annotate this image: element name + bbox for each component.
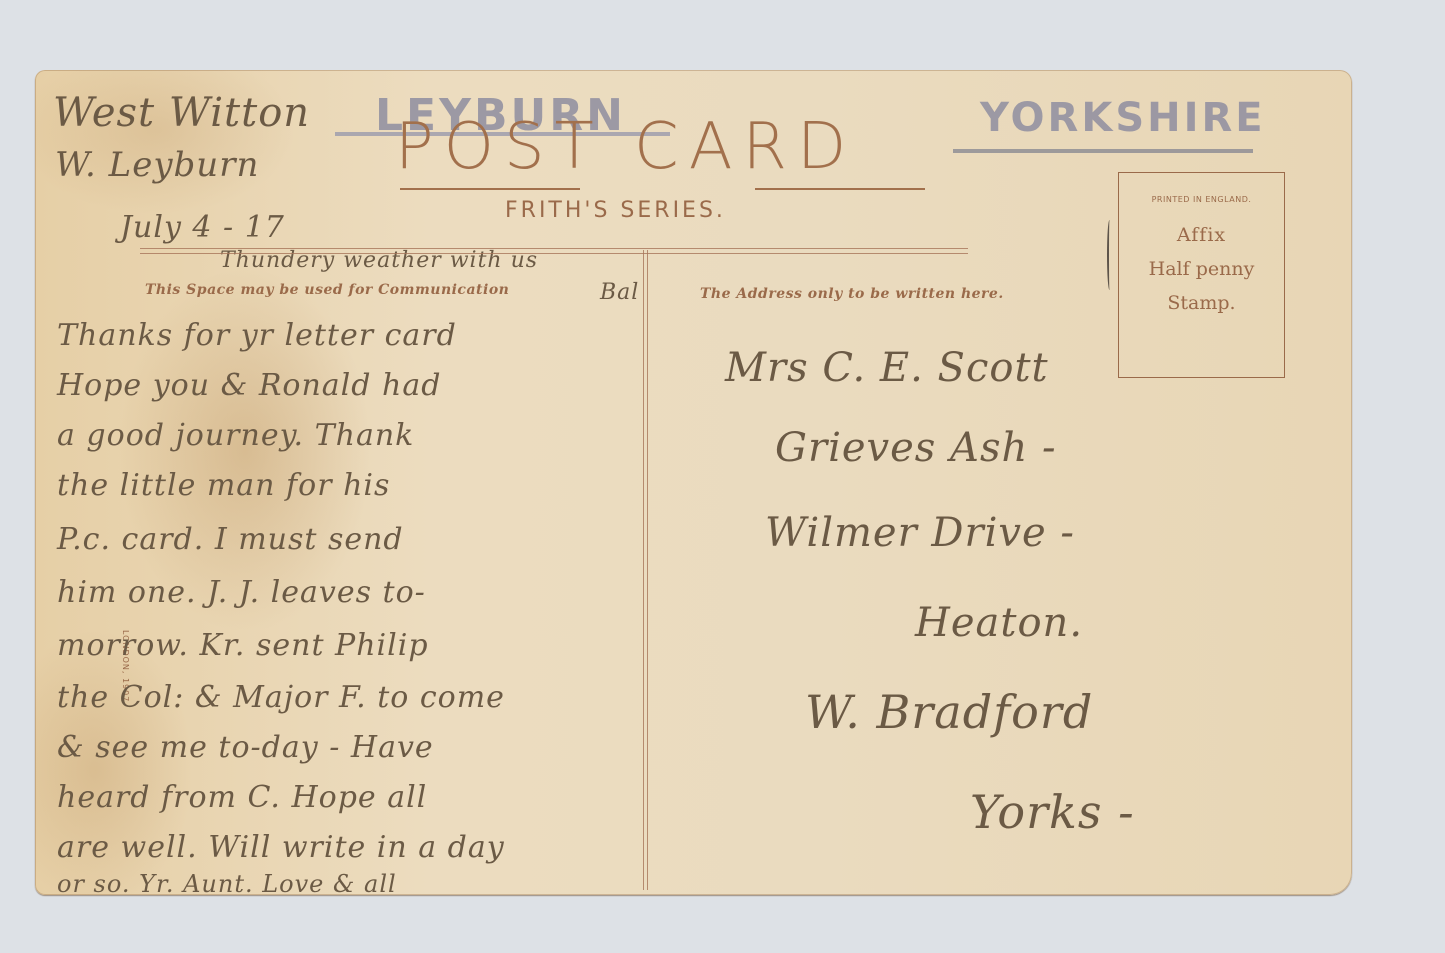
address-line-city: W. Bradford: [805, 685, 1093, 739]
address-line-street: Wilmer Drive -: [765, 510, 1075, 556]
stamp-line-halfpenny: Half penny: [1119, 252, 1284, 286]
message-line: the Col: & Major F. to come: [57, 680, 505, 715]
title-flourish-right: [755, 188, 925, 190]
message-line: Thanks for yr letter card: [57, 318, 457, 353]
postcard: West Witton W. Leyburn July 4 - 17 Thund…: [35, 70, 1352, 895]
message-line: the little man for his: [57, 468, 390, 503]
message-line: & see me to-day - Have: [57, 730, 434, 765]
postmark-arc: [1107, 220, 1112, 290]
address-line-recipient: Mrs C. E. Scott: [725, 345, 1049, 391]
stamp-line-affix: Affix: [1119, 218, 1284, 252]
margin-note: Bal: [600, 280, 639, 305]
message-line: Hope you & Ronald had: [57, 368, 441, 403]
message-line: are well. Will write in a day: [57, 830, 505, 865]
header-rule: [140, 248, 968, 249]
message-line: P.c. card. I must send: [57, 522, 404, 557]
stamp-box: PRINTED IN ENGLAND. Affix Half penny Sta…: [1118, 172, 1285, 378]
handwritten-date: July 4 - 17: [120, 210, 285, 245]
message-line: a good journey. Thank: [57, 418, 414, 453]
center-divider-2: [647, 250, 648, 890]
printed-in-label: PRINTED IN ENGLAND.: [1119, 195, 1284, 204]
handwritten-interlinear: Thundery weather with us: [220, 248, 538, 273]
address-line-district: Heaton.: [915, 600, 1083, 646]
postmark-county: YORKSHIRE: [980, 95, 1266, 141]
message-line: him one. J. J. leaves to-: [57, 575, 426, 610]
message-line: heard from C. Hope all: [57, 780, 427, 815]
handwritten-town: W. Leyburn: [55, 145, 259, 185]
message-line: morrow. Kr. sent Philip: [57, 628, 429, 663]
communication-caption: This Space may be used for Communication: [145, 282, 509, 298]
address-caption: The Address only to be written here.: [700, 286, 1004, 302]
series-label: FRITH'S SERIES.: [505, 198, 726, 223]
handwritten-place: West Witton: [53, 90, 310, 136]
postcard-title: POST CARD: [395, 110, 856, 184]
title-flourish-left: [400, 188, 580, 190]
address-line-county: Yorks -: [970, 785, 1135, 839]
header-rule-2: [140, 253, 968, 254]
stamp-line-stamp: Stamp.: [1119, 286, 1284, 320]
postmark-underline-county: [953, 149, 1253, 153]
message-line: or so. Yr. Aunt. Love & all: [57, 870, 397, 898]
center-divider: [643, 250, 644, 890]
address-line-house: Grieves Ash -: [775, 425, 1056, 471]
